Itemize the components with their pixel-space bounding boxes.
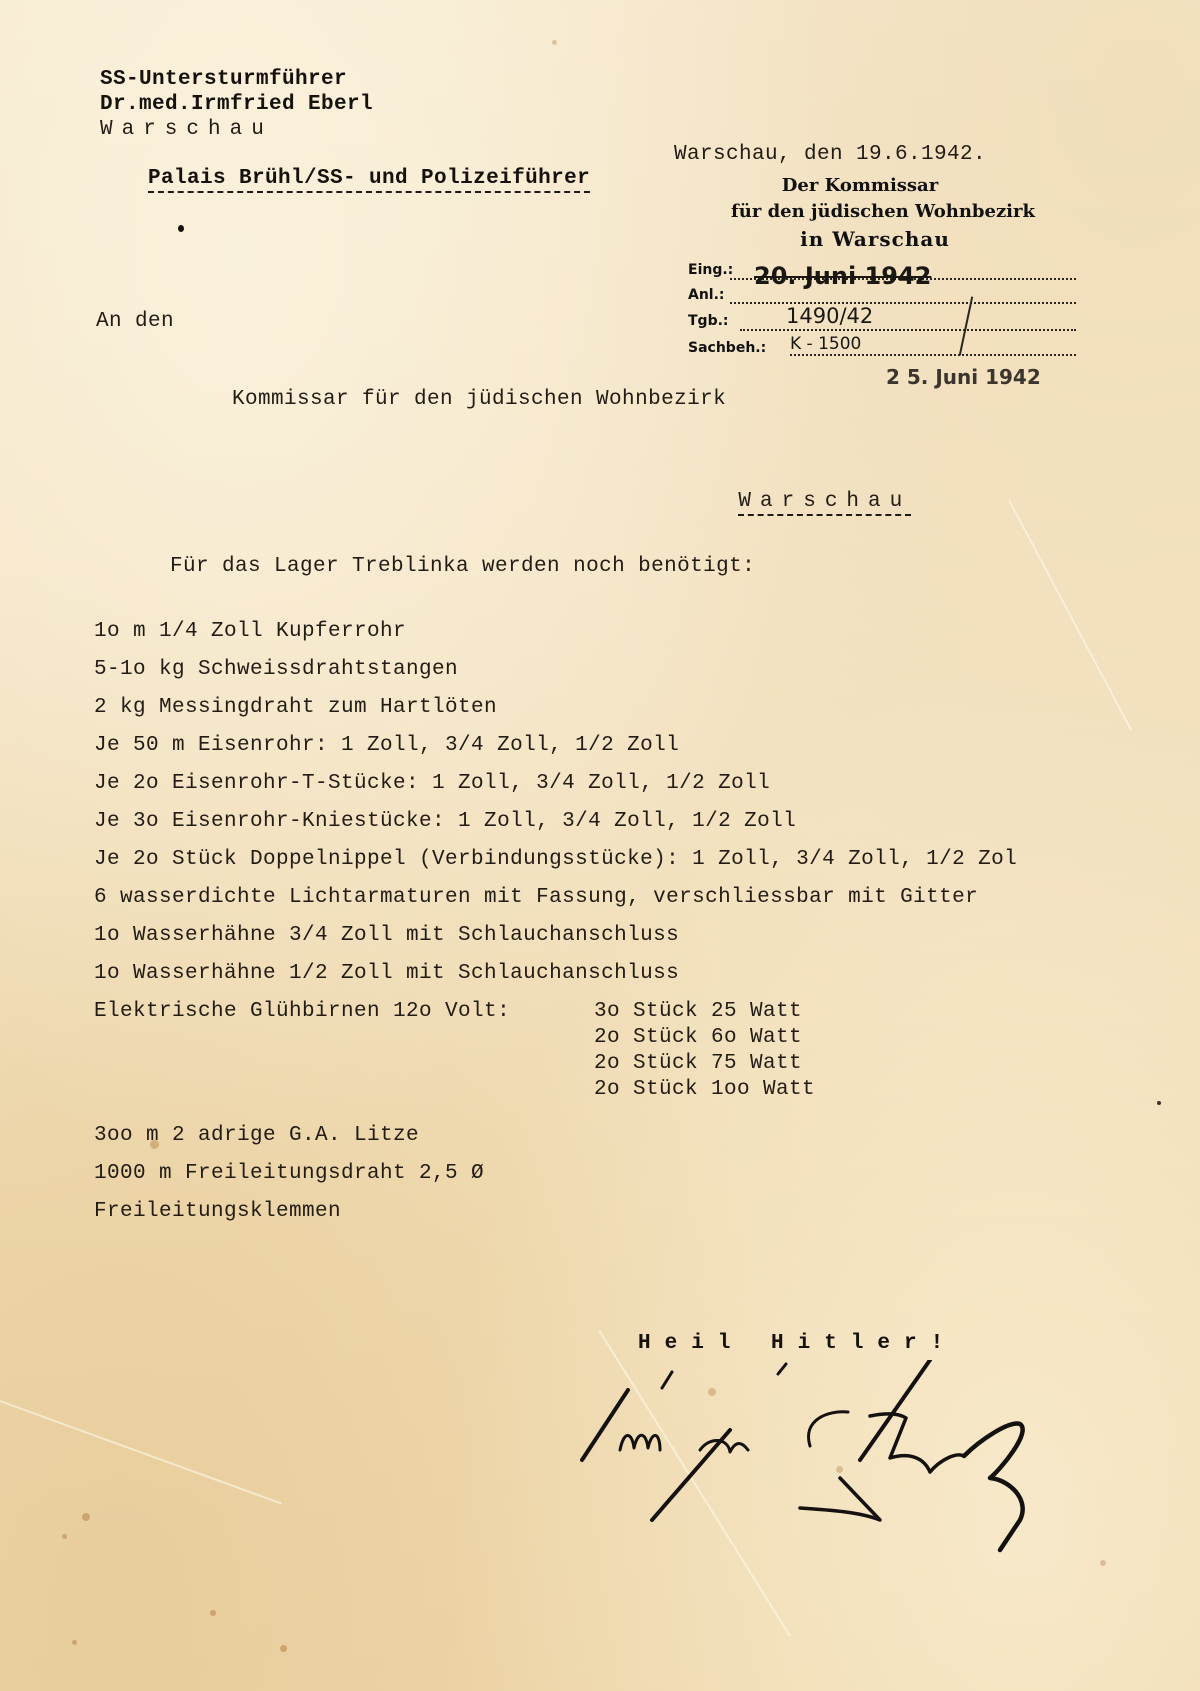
bulb-row: 2o Stück 75 Watt xyxy=(594,1052,802,1076)
stamp-received-date: 20. Juni 1942 xyxy=(754,262,931,290)
stamp-line xyxy=(790,354,1076,356)
stamp-officer-code: K - 1500 xyxy=(790,334,861,354)
item-line: 6 wasserdichte Lichtarmaturen mit Fassun… xyxy=(94,886,978,910)
stain-spot xyxy=(210,1610,216,1616)
sender-rank: SS-Untersturmführer xyxy=(100,68,347,92)
item-line: 1o m 1/4 Zoll Kupferrohr xyxy=(94,620,406,644)
bulbs-label: Elektrische Glühbirnen 12o Volt: xyxy=(94,1000,510,1024)
sender-name: Dr.med.Irmfried Eberl xyxy=(100,93,373,117)
item-line: 1o Wasserhähne 1/2 Zoll mit Schlauchansc… xyxy=(94,962,679,986)
signature-strokes xyxy=(580,1360,1080,1560)
item-line: 3oo m 2 adrige G.A. Litze xyxy=(94,1124,419,1148)
sender-address: Palais Brühl/SS- und Polizeiführer xyxy=(96,143,590,215)
body-intro: Für das Lager Treblinka werden noch benö… xyxy=(170,555,755,579)
item-line: 1o Wasserhähne 3/4 Zoll mit Schlauchansc… xyxy=(94,924,679,948)
paper-crease xyxy=(1008,500,1132,731)
bulb-row: 2o Stück 6o Watt xyxy=(594,1026,802,1050)
recipient-city: Warschau xyxy=(652,466,911,538)
stain-spot xyxy=(82,1513,90,1521)
recipient-salutation: An den xyxy=(96,310,174,334)
item-line: 1000 m Freileitungsdraht 2,5 Ø xyxy=(94,1162,484,1186)
stamp-title-line3: in Warschau xyxy=(760,227,990,251)
item-line: Je 50 m Eisenrohr: 1 Zoll, 3/4 Zoll, 1/2… xyxy=(94,734,679,758)
handwritten-signature xyxy=(580,1360,1080,1560)
stamp-label-received: Eing.: xyxy=(688,262,733,278)
bulb-row: 2o Stück 1oo Watt xyxy=(594,1078,815,1102)
stamp-label-officer: Sachbeh.: xyxy=(688,340,766,356)
stamp-title-line2: für den jüdischen Wohnbezirk xyxy=(686,201,1080,222)
bulb-row: 3o Stück 25 Watt xyxy=(594,1000,802,1024)
stain-spot xyxy=(1100,1560,1106,1566)
stain-spot xyxy=(72,1640,77,1645)
stamp-secondary-date: 2 5. Juni 1942 xyxy=(886,365,1041,389)
ink-dot xyxy=(1157,1101,1161,1105)
item-line: Je 3o Eisenrohr-Kniestücke: 1 Zoll, 3/4 … xyxy=(94,810,796,834)
stain-spot xyxy=(280,1645,287,1652)
stain-spot xyxy=(62,1534,67,1539)
sender-city: Warschau xyxy=(100,118,273,142)
stamp-journal-number: 1490/42 xyxy=(786,304,873,328)
stamp-line xyxy=(730,302,1076,304)
item-line: Je 2o Stück Doppelnippel (Verbindungsstü… xyxy=(94,848,1017,872)
item-line: 5-1o kg Schweissdrahtstangen xyxy=(94,658,458,682)
item-line: Freileitungsklemmen xyxy=(94,1200,341,1224)
item-line: 2 kg Messingdraht zum Hartlöten xyxy=(94,696,497,720)
paper-crease xyxy=(0,1400,282,1504)
stain-spot xyxy=(552,40,557,45)
letter-date: Warschau, den 19.6.1942. xyxy=(674,143,986,167)
recipient-office: Kommissar für den jüdischen Wohnbezirk xyxy=(232,388,726,412)
stamp-line xyxy=(740,329,1076,331)
stamp-pen-mark xyxy=(959,296,973,355)
stamp-label-enclosures: Anl.: xyxy=(688,287,725,303)
stamp-label-journal: Tgb.: xyxy=(688,313,729,329)
stamp-title-line1: Der Kommissar xyxy=(760,175,960,196)
closing-greeting: Heil Hitler! xyxy=(638,1332,957,1356)
item-line: Je 2o Eisenrohr-T-Stücke: 1 Zoll, 3/4 Zo… xyxy=(94,772,770,796)
ink-dot xyxy=(178,225,184,232)
